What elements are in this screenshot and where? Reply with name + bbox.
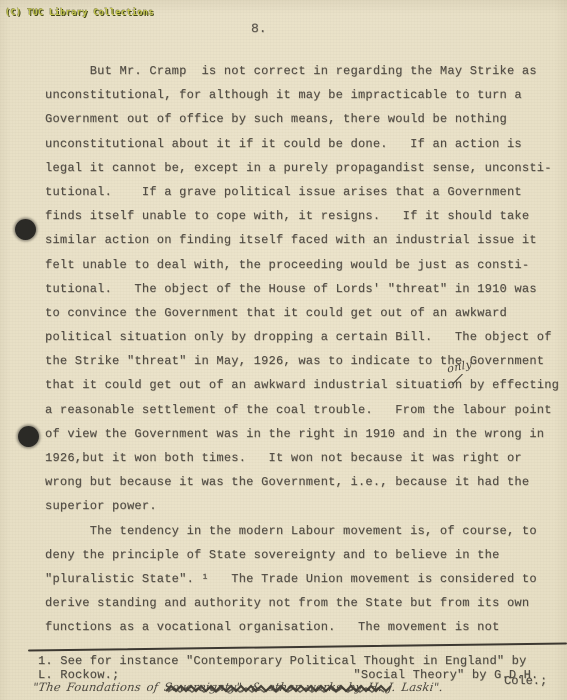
typed-line: unconstitutional about it if it could be… — [45, 132, 555, 156]
footnote-cole-attribution: Cole.; — [504, 674, 547, 688]
punch-hole-bottom — [18, 426, 39, 447]
footnote-block: 1. See for instance "Contemporary Politi… — [38, 655, 558, 682]
typewritten-body: But Mr. Cramp is not correct in regardin… — [45, 59, 555, 640]
typed-line: a reasonable settlement of the coal trou… — [45, 398, 555, 422]
typed-line: finds itself unable to cope with, it res… — [45, 204, 555, 228]
typed-line: of view the Government was in the right … — [45, 422, 555, 446]
typed-line: political situation only by dropping a c… — [45, 325, 555, 349]
typed-line: "pluralistic State". ¹ The Trade Union m… — [45, 567, 555, 591]
typed-line: the Strike "threat" in May, 1926, was to… — [45, 349, 555, 373]
typed-line: felt unable to deal with, the proceeding… — [45, 253, 555, 277]
typed-line: that it could get out of an awkward indu… — [45, 373, 555, 397]
typed-line: Government out of office by such means, … — [45, 107, 555, 131]
typed-line: deny the principle of State sovereignty … — [45, 543, 555, 567]
punch-hole-top — [15, 219, 36, 240]
typed-line: wrong but because it was the Government,… — [45, 470, 555, 494]
footnote-line-1: 1. See for instance "Contemporary Politi… — [38, 655, 558, 669]
typed-line: functions as a vocational organisation. … — [45, 615, 555, 639]
typed-line: to convince the Government that it could… — [45, 301, 555, 325]
typed-line: tutional. The object of the House of Lor… — [45, 277, 555, 301]
insertion-caret-mark: / — [451, 371, 463, 390]
typed-line: superior power. — [45, 494, 555, 518]
typed-line: similar action on finding itself faced w… — [45, 228, 555, 252]
handwritten-citation: "The Foundations of Sovereignty", & othe… — [32, 680, 444, 694]
library-watermark: (C) TUC Library Collections — [5, 8, 154, 18]
typed-line: tutional. If a grave political issue ari… — [45, 180, 555, 204]
typed-line: unconstitutional, for although it may be… — [45, 83, 555, 107]
page-number: 8. — [251, 21, 267, 36]
typed-line: The tendency in the modern Labour moveme… — [45, 519, 555, 543]
typed-line: legal it cannot be, except in a purely p… — [45, 156, 555, 180]
typed-line: But Mr. Cramp is not correct in regardin… — [45, 59, 555, 83]
typed-line: 1926,but it won both times. It won not b… — [45, 446, 555, 470]
typed-line: derive standing and authority not from t… — [45, 591, 555, 615]
scanned-document-page: { "watermark": "(C) TUC Library Collecti… — [0, 0, 567, 700]
